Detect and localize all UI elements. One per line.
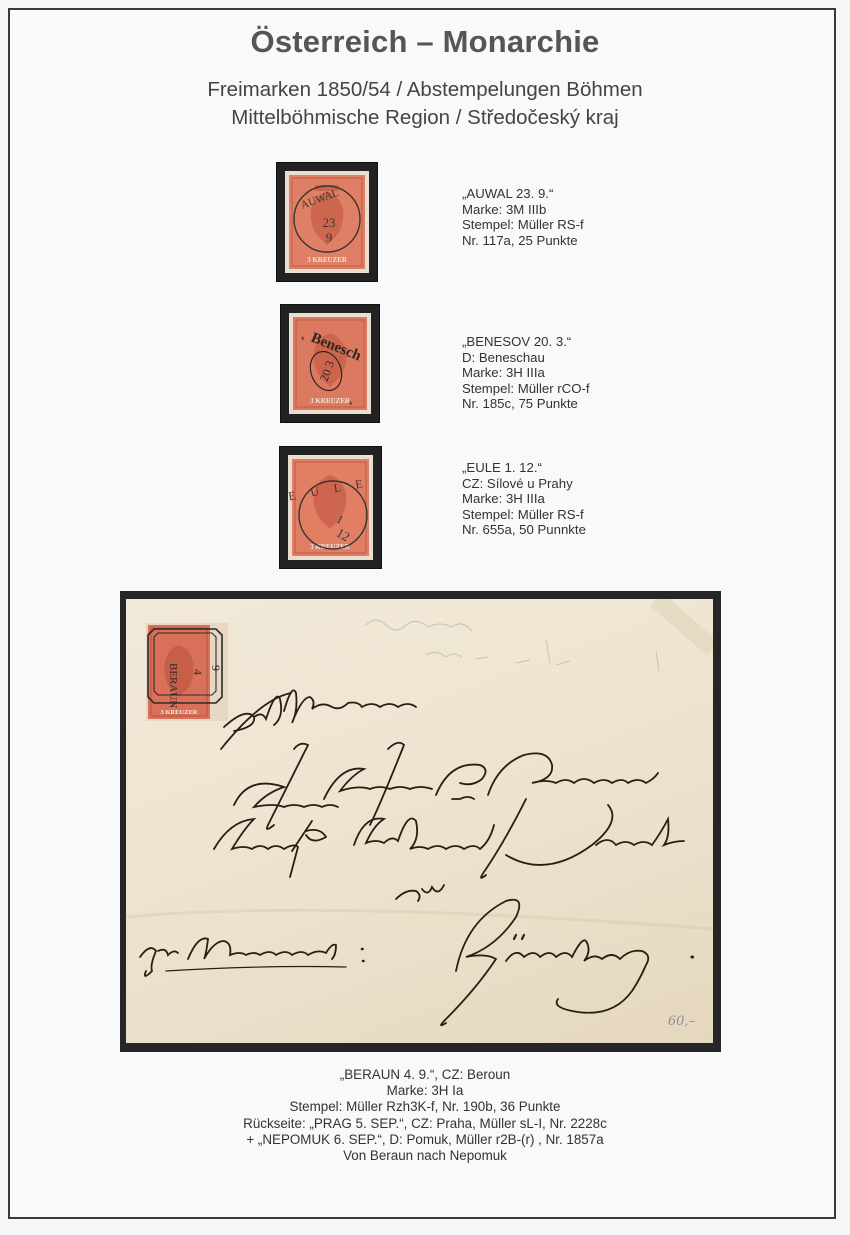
svg-text:9: 9: [326, 230, 333, 245]
caption-line: Marke: 3H Ia: [0, 1083, 850, 1099]
cover-caption: „BERAUN 4. 9.“, CZ: Beroun Marke: 3H Ia …: [0, 1067, 850, 1164]
desc-line: Nr. 655a, 50 Punnkte: [462, 522, 586, 538]
page-subtitle: Freimarken 1850/54 / Abstempelungen Böhm…: [0, 78, 850, 102]
cover-stamp-beraun: 3 KREUZER BERAUN 4 9: [146, 623, 228, 721]
desc-line: „EULE 1. 12.“: [462, 460, 586, 476]
desc-line: Nr. 117a, 25 Punkte: [462, 233, 584, 249]
desc-line: „AUWAL 23. 9.“: [462, 186, 584, 202]
caption-line: „BERAUN 4. 9.“, CZ: Beroun: [0, 1067, 850, 1083]
desc-line: „BENESOV 20. 3.“: [462, 334, 590, 350]
svg-text:*: *: [301, 335, 305, 345]
desc-line: Nr. 185c, 75 Punkte: [462, 396, 590, 412]
caption-line: Von Beraun nach Nepomuk: [0, 1148, 850, 1164]
svg-text:3 KREUZER: 3 KREUZER: [310, 397, 351, 405]
svg-text:3 KREUZER: 3 KREUZER: [307, 256, 348, 264]
stamp-mount-benesov: 3 KREUZER Benesch 20 3 * *: [281, 305, 379, 422]
page-subtitle-region: Mittelböhmische Region / Středočeský kra…: [0, 106, 850, 130]
desc-line: Stempel: Müller RS-f: [462, 217, 584, 233]
cover-mount: 3 KREUZER BERAUN 4 9 60,–: [120, 591, 721, 1052]
svg-text:4: 4: [191, 669, 205, 675]
stamp-3-kreuzer-icon: 3 KREUZER E U L E 1 12: [288, 455, 373, 560]
caption-line: Stempel: Müller Rzh3K-f, Nr. 190b, 36 Pu…: [0, 1099, 850, 1115]
desc-line: D: Beneschau: [462, 350, 590, 366]
desc-line: Marke: 3M IIIb: [462, 202, 584, 218]
caption-line: + „NEPOMUK 6. SEP.“, D: Pomuk, Müller r2…: [0, 1132, 850, 1148]
svg-text:*: *: [349, 400, 353, 410]
page-title: Österreich – Monarchie: [0, 24, 850, 60]
stamp-mount-eule: 3 KREUZER E U L E 1 12: [280, 447, 381, 568]
desc-line: Marke: 3H IIIa: [462, 365, 590, 381]
caption-line: Rückseite: „PRAG 5. SEP.“, CZ: Praha, Mü…: [0, 1116, 850, 1132]
stamp-description-eule: „EULE 1. 12.“ CZ: Sílové u Prahy Marke: …: [462, 460, 586, 538]
stamp-image-auwal: 3 KREUZER AUWAL 23 9: [285, 171, 369, 273]
svg-text:BERAUN: BERAUN: [167, 663, 179, 708]
svg-text:3 KREUZER: 3 KREUZER: [160, 709, 197, 716]
stamp-3-kreuzer-icon: 3 KREUZER AUWAL 23 9: [285, 171, 369, 273]
folded-letter-cover: 3 KREUZER BERAUN 4 9 60,–: [126, 599, 713, 1043]
stamp-image-benesov: 3 KREUZER Benesch 20 3 * *: [289, 313, 371, 414]
desc-line: Stempel: Müller RS-f: [462, 507, 586, 523]
svg-text:23: 23: [323, 215, 336, 230]
stamp-mount-auwal: 3 KREUZER AUWAL 23 9: [277, 163, 377, 281]
svg-text:9: 9: [209, 665, 223, 671]
desc-line: Marke: 3H IIIa: [462, 491, 586, 507]
stamp-image-eule: 3 KREUZER E U L E 1 12: [288, 455, 373, 560]
desc-line: Stempel: Müller rCO-f: [462, 381, 590, 397]
pencil-price-note: 60,–: [668, 1014, 695, 1029]
stamp-3-kreuzer-icon: 3 KREUZER Benesch 20 3 * *: [289, 313, 371, 414]
stamp-description-benesov: „BENESOV 20. 3.“ D: Beneschau Marke: 3H …: [462, 334, 590, 412]
desc-line: CZ: Sílové u Prahy: [462, 476, 586, 492]
stamp-description-auwal: „AUWAL 23. 9.“ Marke: 3M IIIb Stempel: M…: [462, 186, 584, 248]
stamp-3-kreuzer-icon: 3 KREUZER BERAUN 4 9: [146, 623, 228, 721]
